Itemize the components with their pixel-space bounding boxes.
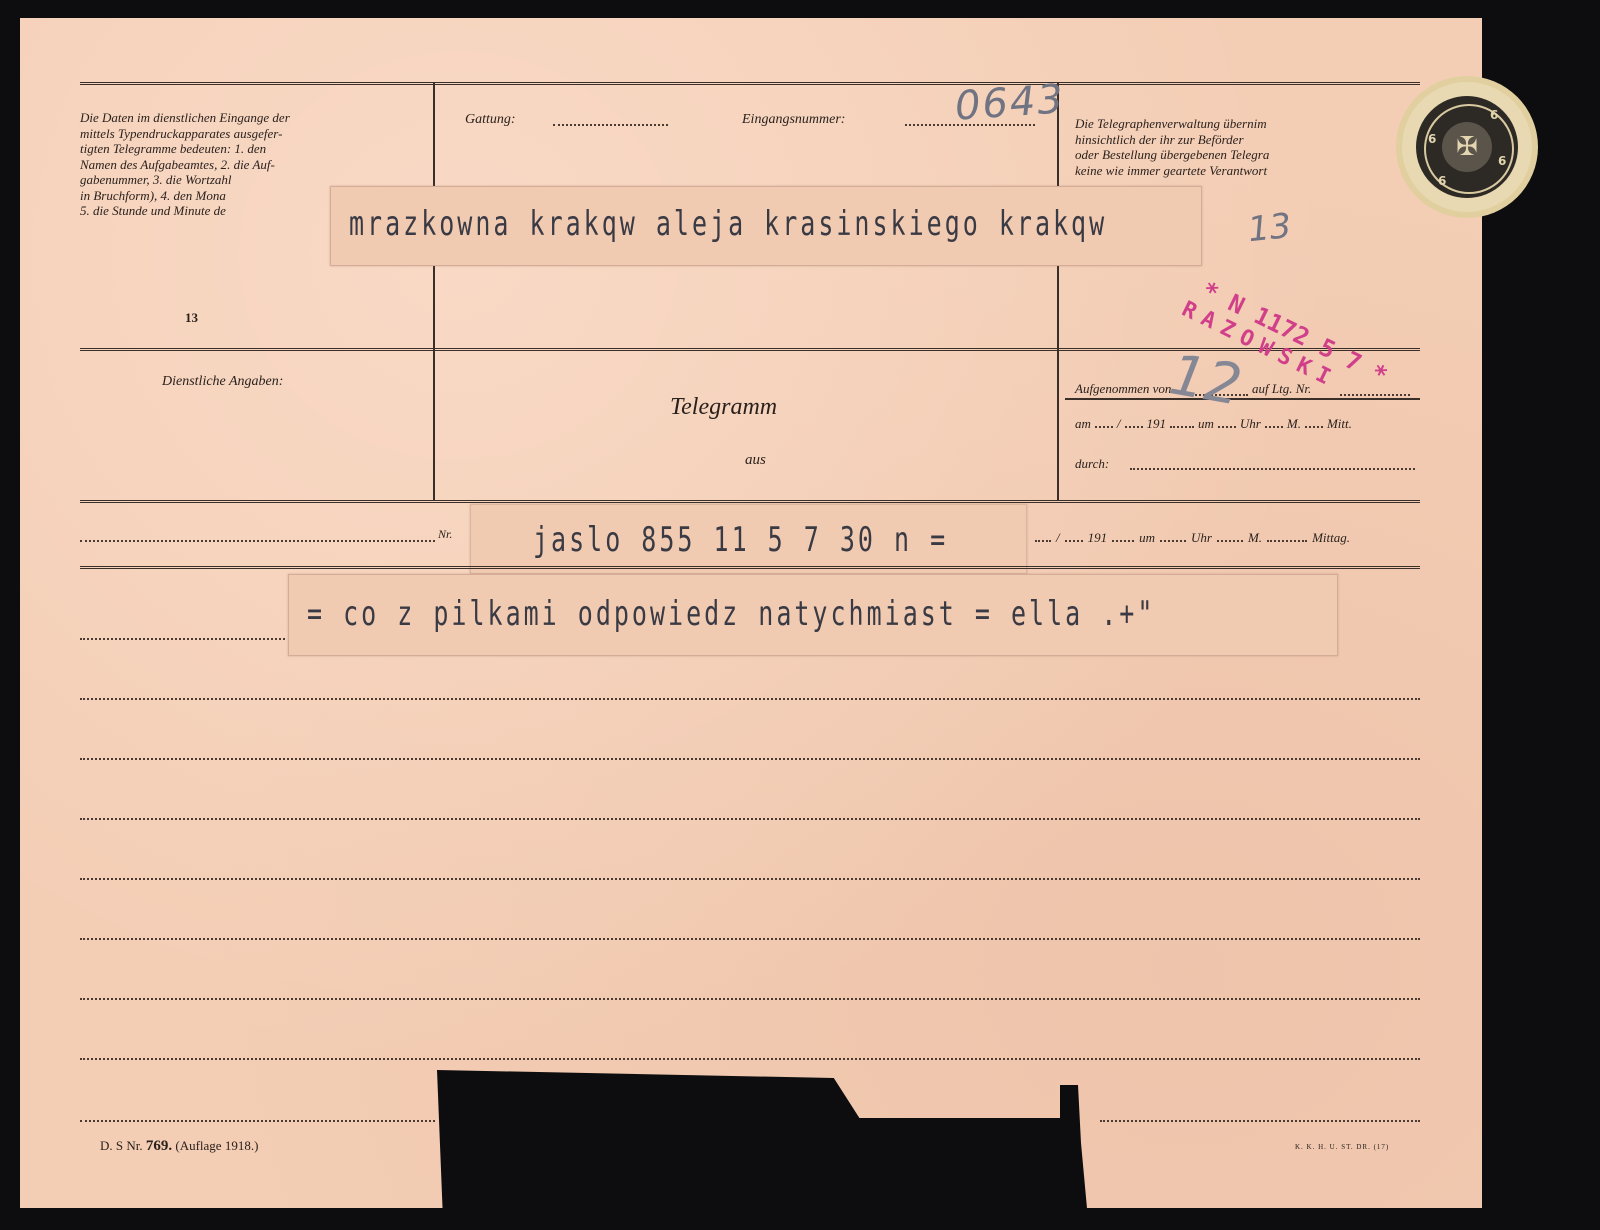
seal-value-right: 6: [1498, 154, 1506, 168]
mittag-hour-field[interactable]: [1160, 540, 1186, 542]
mittag-uhr: Uhr: [1191, 530, 1212, 546]
am-month-field[interactable]: [1125, 426, 1143, 428]
durch-label: durch:: [1075, 456, 1109, 472]
mittag-m: M.: [1248, 530, 1262, 546]
mittag-month-field[interactable]: [1065, 540, 1083, 542]
am-um: um: [1198, 416, 1214, 432]
mittag-label: Mittag.: [1312, 530, 1350, 546]
am-period-field[interactable]: [1305, 426, 1323, 428]
note-line: Die Daten im dienstlichen Eingange der: [80, 110, 425, 126]
double-eagle-icon: ✠: [1442, 122, 1492, 172]
am-label: am: [1075, 416, 1091, 432]
message-line[interactable]: [1100, 1120, 1420, 1122]
origin-text: jaslo 855 11 5 7 30 n =: [533, 520, 948, 559]
seal-value-bottom: 6: [1438, 174, 1446, 188]
am-hour-field[interactable]: [1218, 426, 1236, 428]
left-small-mark: 13: [185, 310, 198, 326]
note-line: tigten Telegramme bedeuten: 1. den: [80, 141, 425, 157]
origin-field[interactable]: [80, 540, 435, 542]
eingangsnummer-label: Eingangsnummer:: [742, 112, 845, 128]
message-strip: = co z pilkami odpowiedz natychmiast = e…: [288, 574, 1338, 656]
message-line[interactable]: [80, 698, 1420, 700]
right-column-divider: [1057, 82, 1059, 500]
am-row: am / 191 um Uhr M. Mitt.: [1075, 416, 1420, 432]
message-text: = co z pilkami odpowiedz natychmiast = e…: [307, 594, 1155, 633]
header-right-note: Die Telegraphenverwaltung übernim hinsic…: [1075, 116, 1405, 178]
telegramm-title: Telegramm: [670, 394, 777, 421]
seal-value-top: 6: [1490, 108, 1498, 122]
mittag-year-field[interactable]: [1112, 540, 1134, 542]
am-uhr: Uhr: [1240, 416, 1261, 432]
am-year: 191: [1147, 416, 1167, 432]
am-day-field[interactable]: [1095, 426, 1113, 428]
nr-label: Nr.: [438, 527, 452, 542]
aus-label: aus: [745, 452, 766, 469]
note-line: keine wie immer geartete Verantwort: [1075, 163, 1405, 179]
aufgenommen-label: Aufgenommen von: [1075, 381, 1171, 397]
origin-strip: jaslo 855 11 5 7 30 n =: [470, 504, 1027, 574]
mittag-year: 191: [1088, 530, 1108, 546]
nr-line-bottom-rule: [80, 566, 1420, 569]
right-handwritten-mark: 13: [1246, 206, 1293, 250]
note-line: mittels Typendruckapparates ausgefer-: [80, 126, 425, 142]
am-minute-field[interactable]: [1265, 426, 1283, 428]
message-line[interactable]: [80, 638, 285, 640]
seal-inner: ✠ 6 6 6 6: [1416, 96, 1518, 198]
address-text: mrazkowna krakqw aleja krasinskiego krak…: [349, 204, 1107, 243]
postage-seal: ✠ 6 6 6 6: [1402, 82, 1532, 212]
note-line: Namen des Aufgabeamtes, 2. die Auf-: [80, 157, 425, 173]
am-m: M.: [1287, 416, 1301, 432]
telegram-form: Die Daten im dienstlichen Eingange der m…: [20, 18, 1482, 1208]
note-line: Die Telegraphenverwaltung übernim: [1075, 116, 1405, 132]
mittag-day-field[interactable]: [1035, 540, 1051, 542]
top-rule: [80, 82, 1420, 85]
auf-ltg-label: auf Ltg. Nr.: [1252, 381, 1311, 397]
form-number: D. S Nr. 769. (Auflage 1918.): [100, 1138, 258, 1155]
am-year-field[interactable]: [1170, 426, 1194, 428]
message-line[interactable]: [80, 938, 1420, 940]
message-line[interactable]: [80, 818, 1420, 820]
note-line: oder Bestellung übergebenen Telegra: [1075, 147, 1405, 163]
mittag-row: / 191 um Uhr M. Mittag.: [1035, 530, 1420, 546]
address-strip: mrazkowna krakqw aleja krasinskiego krak…: [330, 186, 1202, 266]
am-slash: /: [1117, 416, 1121, 432]
form-number-value: 769.: [146, 1138, 172, 1154]
form-edition: (Auflage 1918.): [175, 1138, 258, 1153]
durch-field[interactable]: [1130, 468, 1415, 470]
message-line[interactable]: [80, 1058, 1420, 1060]
printer-mark: K. K. H. U. ST. DR. (17): [1295, 1143, 1389, 1151]
message-line[interactable]: [80, 758, 1420, 760]
lower-rule: [80, 500, 1420, 503]
mittag-minute-field[interactable]: [1217, 540, 1243, 542]
dienstliche-label: Dienstliche Angaben:: [162, 374, 283, 390]
message-line[interactable]: [80, 998, 1420, 1000]
gattung-field[interactable]: [553, 124, 668, 126]
form-number-prefix: D. S Nr.: [100, 1138, 143, 1153]
message-line[interactable]: [80, 878, 1420, 880]
note-line: hinsichtlich der ihr zur Beförder: [1075, 132, 1405, 148]
mittag-period-field[interactable]: [1267, 540, 1307, 542]
seal-value-left: 6: [1428, 132, 1436, 146]
am-mitt: Mitt.: [1327, 416, 1352, 432]
eingangsnummer-value: 0643: [954, 76, 1067, 130]
gattung-label: Gattung:: [465, 112, 516, 128]
mittag-um: um: [1139, 530, 1155, 546]
mittag-slash: /: [1056, 530, 1060, 546]
message-line[interactable]: [80, 1120, 435, 1122]
pencil-scribble: 12: [1165, 342, 1246, 418]
left-column-divider: [433, 82, 435, 500]
